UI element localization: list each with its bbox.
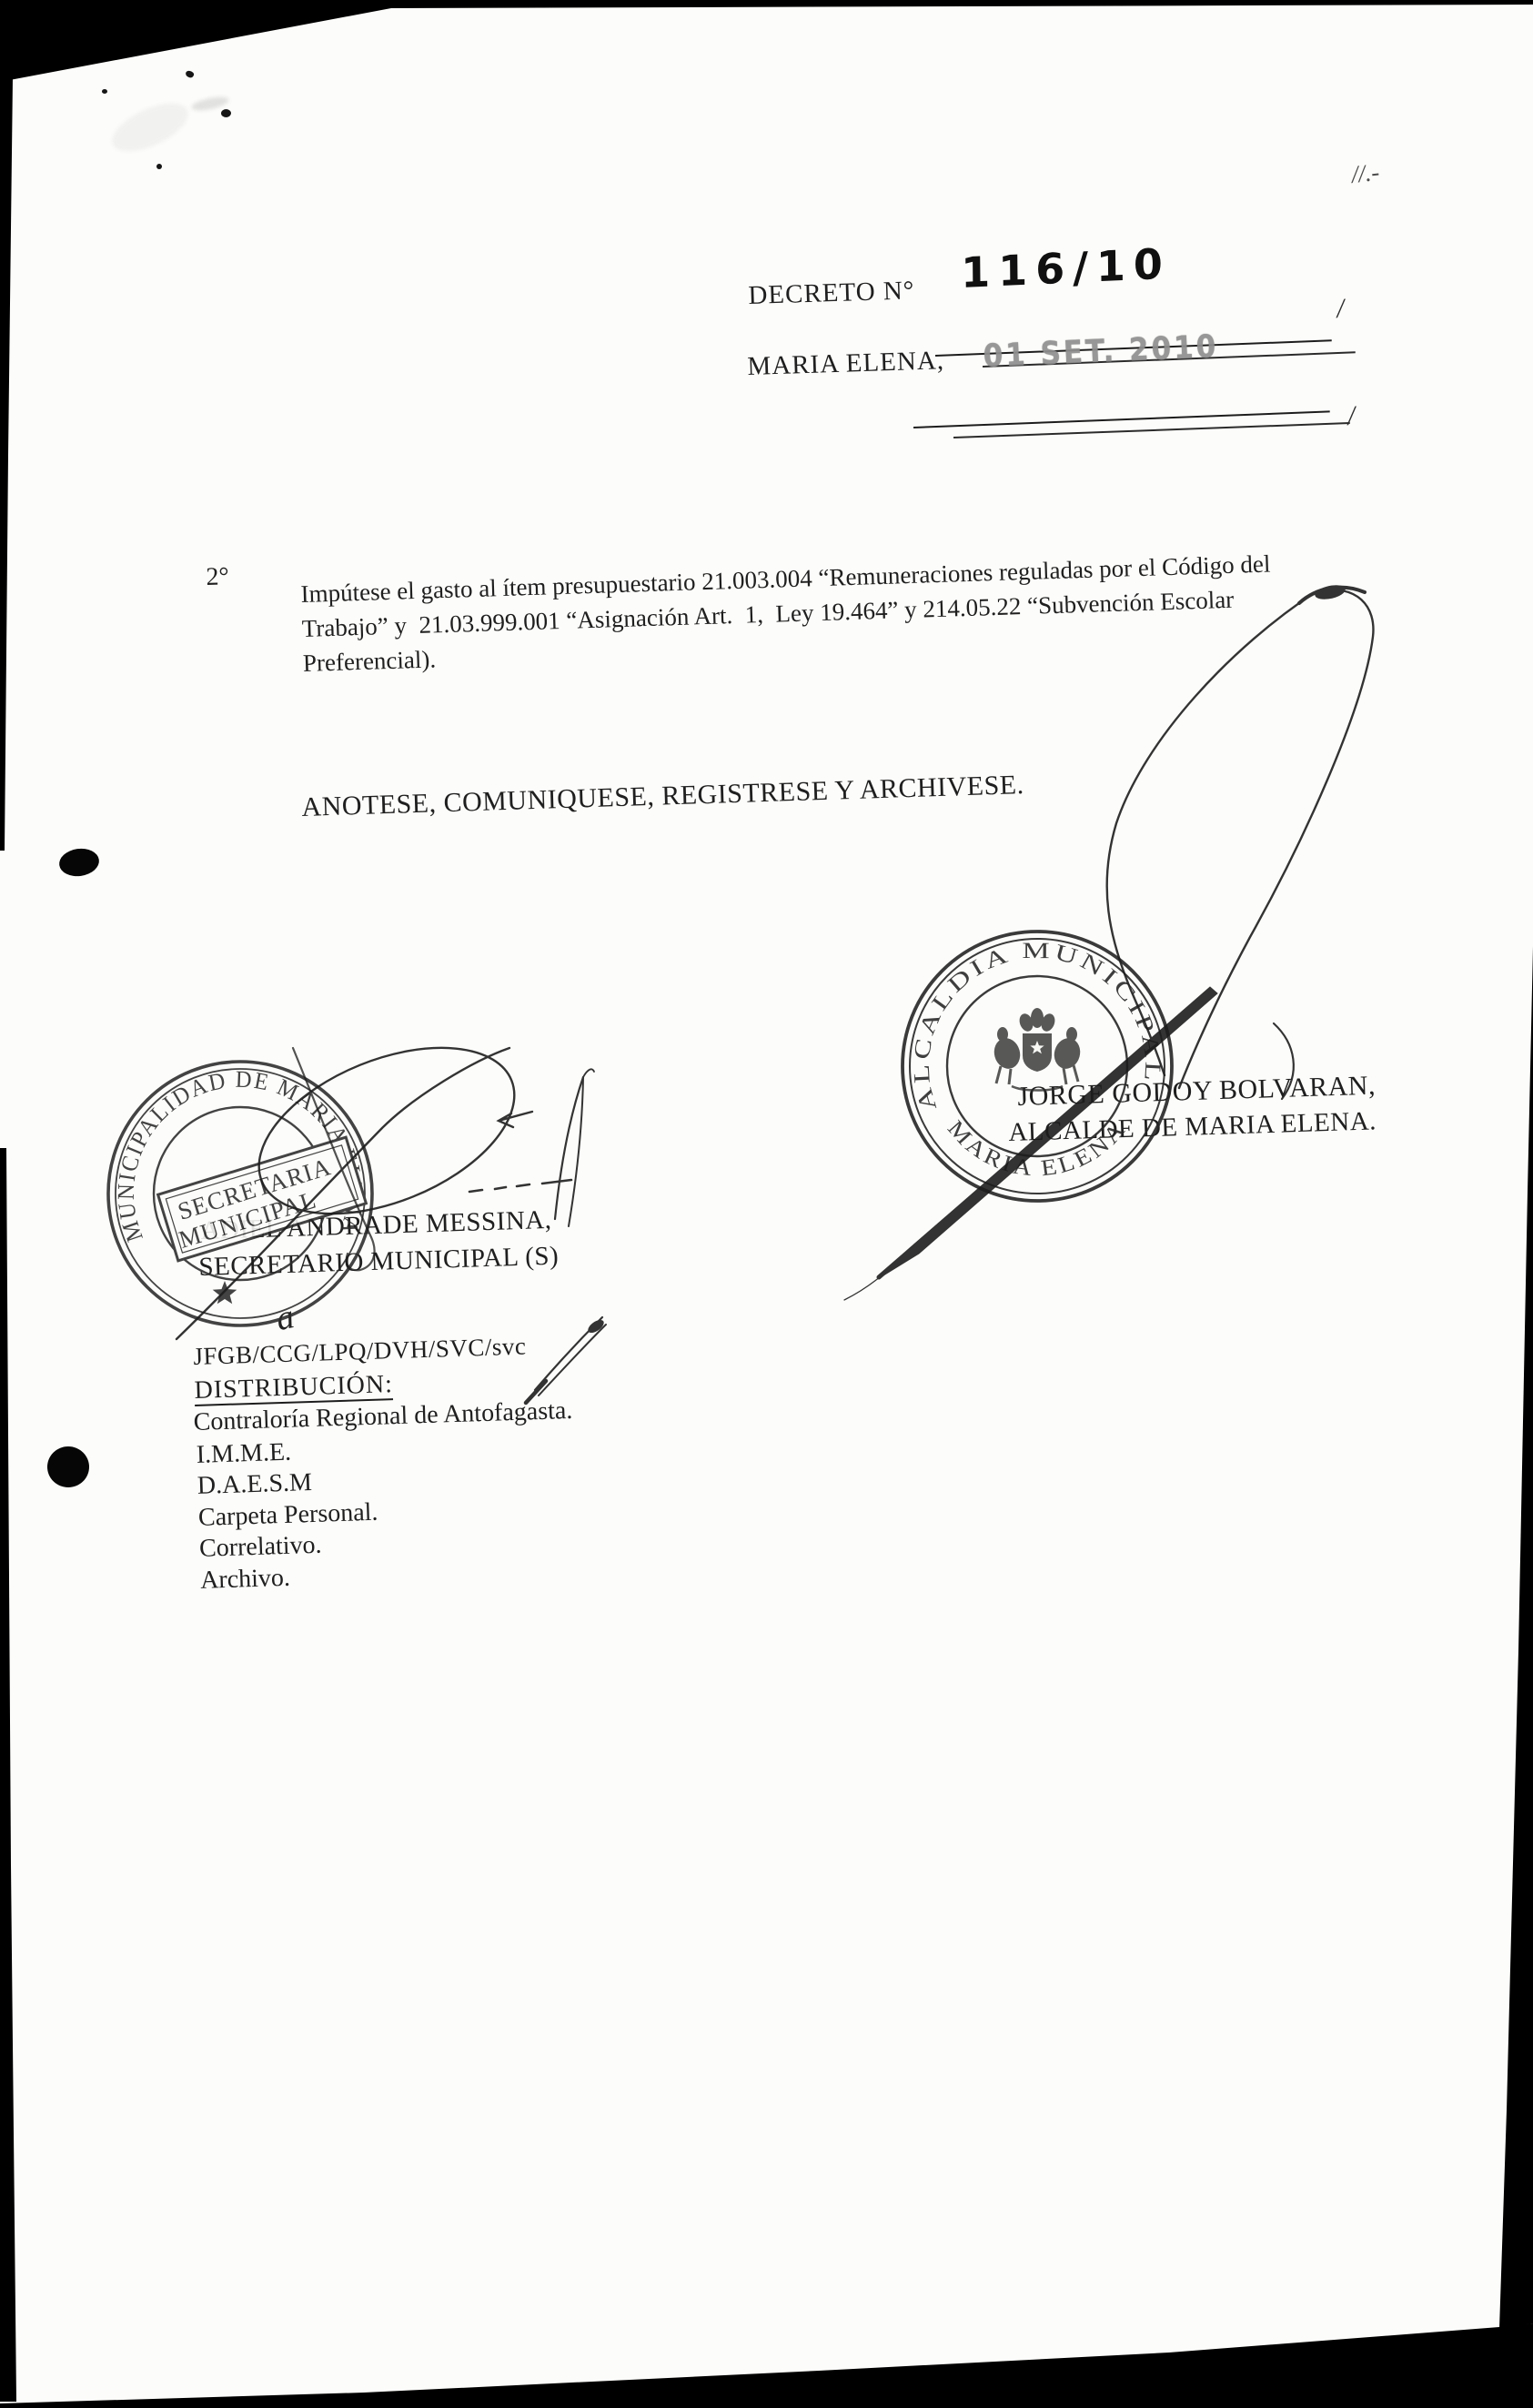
scan-edge-top (0, 0, 1533, 82)
scanned-decree-page: //.- DECRETO N° 116/10 / MARIA ELENA, 01… (0, 0, 1533, 2408)
scan-edge-right (1499, 946, 1533, 2329)
scan-edge-left-upper (0, 77, 13, 851)
scan-edge-bottom (0, 2323, 1533, 2408)
scan-edge-left-lower (0, 1148, 16, 2402)
scan-edges (0, 0, 1533, 2408)
